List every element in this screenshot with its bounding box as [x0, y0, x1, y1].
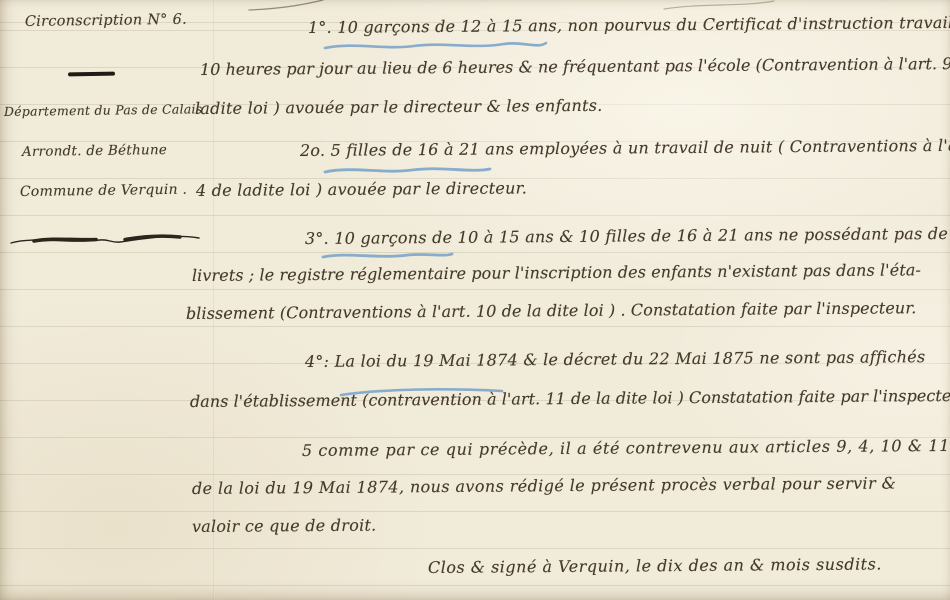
margin-departement: Département du Pas de Calais: [4, 101, 203, 119]
manuscript-line: 1°. 10 garçons de 12 à 15 ans, non pourv…: [308, 13, 950, 37]
pen-stroke-tail: [662, 0, 777, 11]
manuscript-line: dans l'établissement (contravention à l'…: [190, 386, 950, 411]
margin-commune: Commune de Verquin .: [20, 182, 188, 200]
manuscript-line: ladite loi ) avouée par le directeur & l…: [195, 96, 603, 118]
blue-underline: [320, 249, 456, 262]
manuscript-line: 4°: La loi du 19 Mai 1874 & le décret du…: [305, 347, 926, 371]
blue-underline: [322, 163, 494, 178]
manuscript-line: 5 comme par ce qui précède, il a été con…: [302, 436, 950, 460]
manuscript-line: 4 de ladite loi ) avouée par le directeu…: [196, 178, 527, 200]
manuscript-line: 3°. 10 garçons de 10 à 15 ans & 10 fille…: [305, 224, 948, 248]
margin-circonscription: Circonscription N° 6.: [25, 12, 187, 30]
manuscript-line: valoir ce que de droit.: [192, 516, 377, 536]
manuscript-line: 2o. 5 filles de 16 à 21 ans employées à …: [300, 136, 950, 160]
margin-arrondissement: Arrondt. de Béthune: [22, 142, 167, 160]
margin-flourish: [8, 226, 203, 252]
manuscript-line: Clos & signé à Verquin, le dix des an & …: [428, 554, 882, 577]
manuscript-line: blissement (Contraventions à l'art. 10 d…: [186, 298, 917, 323]
manuscript-line: de la loi du 19 Mai 1874, nous avons réd…: [192, 473, 896, 498]
blue-underline: [322, 38, 550, 54]
pen-stroke-tail: [248, 0, 326, 13]
margin-dash-stroke: [68, 72, 115, 77]
manuscript-line: 10 heures par jour au lieu de 6 heures &…: [200, 54, 950, 79]
paper-fold-crease: [213, 0, 215, 600]
manuscript-page: Circonscription N° 6. Département du Pas…: [0, 0, 950, 600]
manuscript-line: livrets ; le registre réglementaire pour…: [192, 260, 921, 285]
